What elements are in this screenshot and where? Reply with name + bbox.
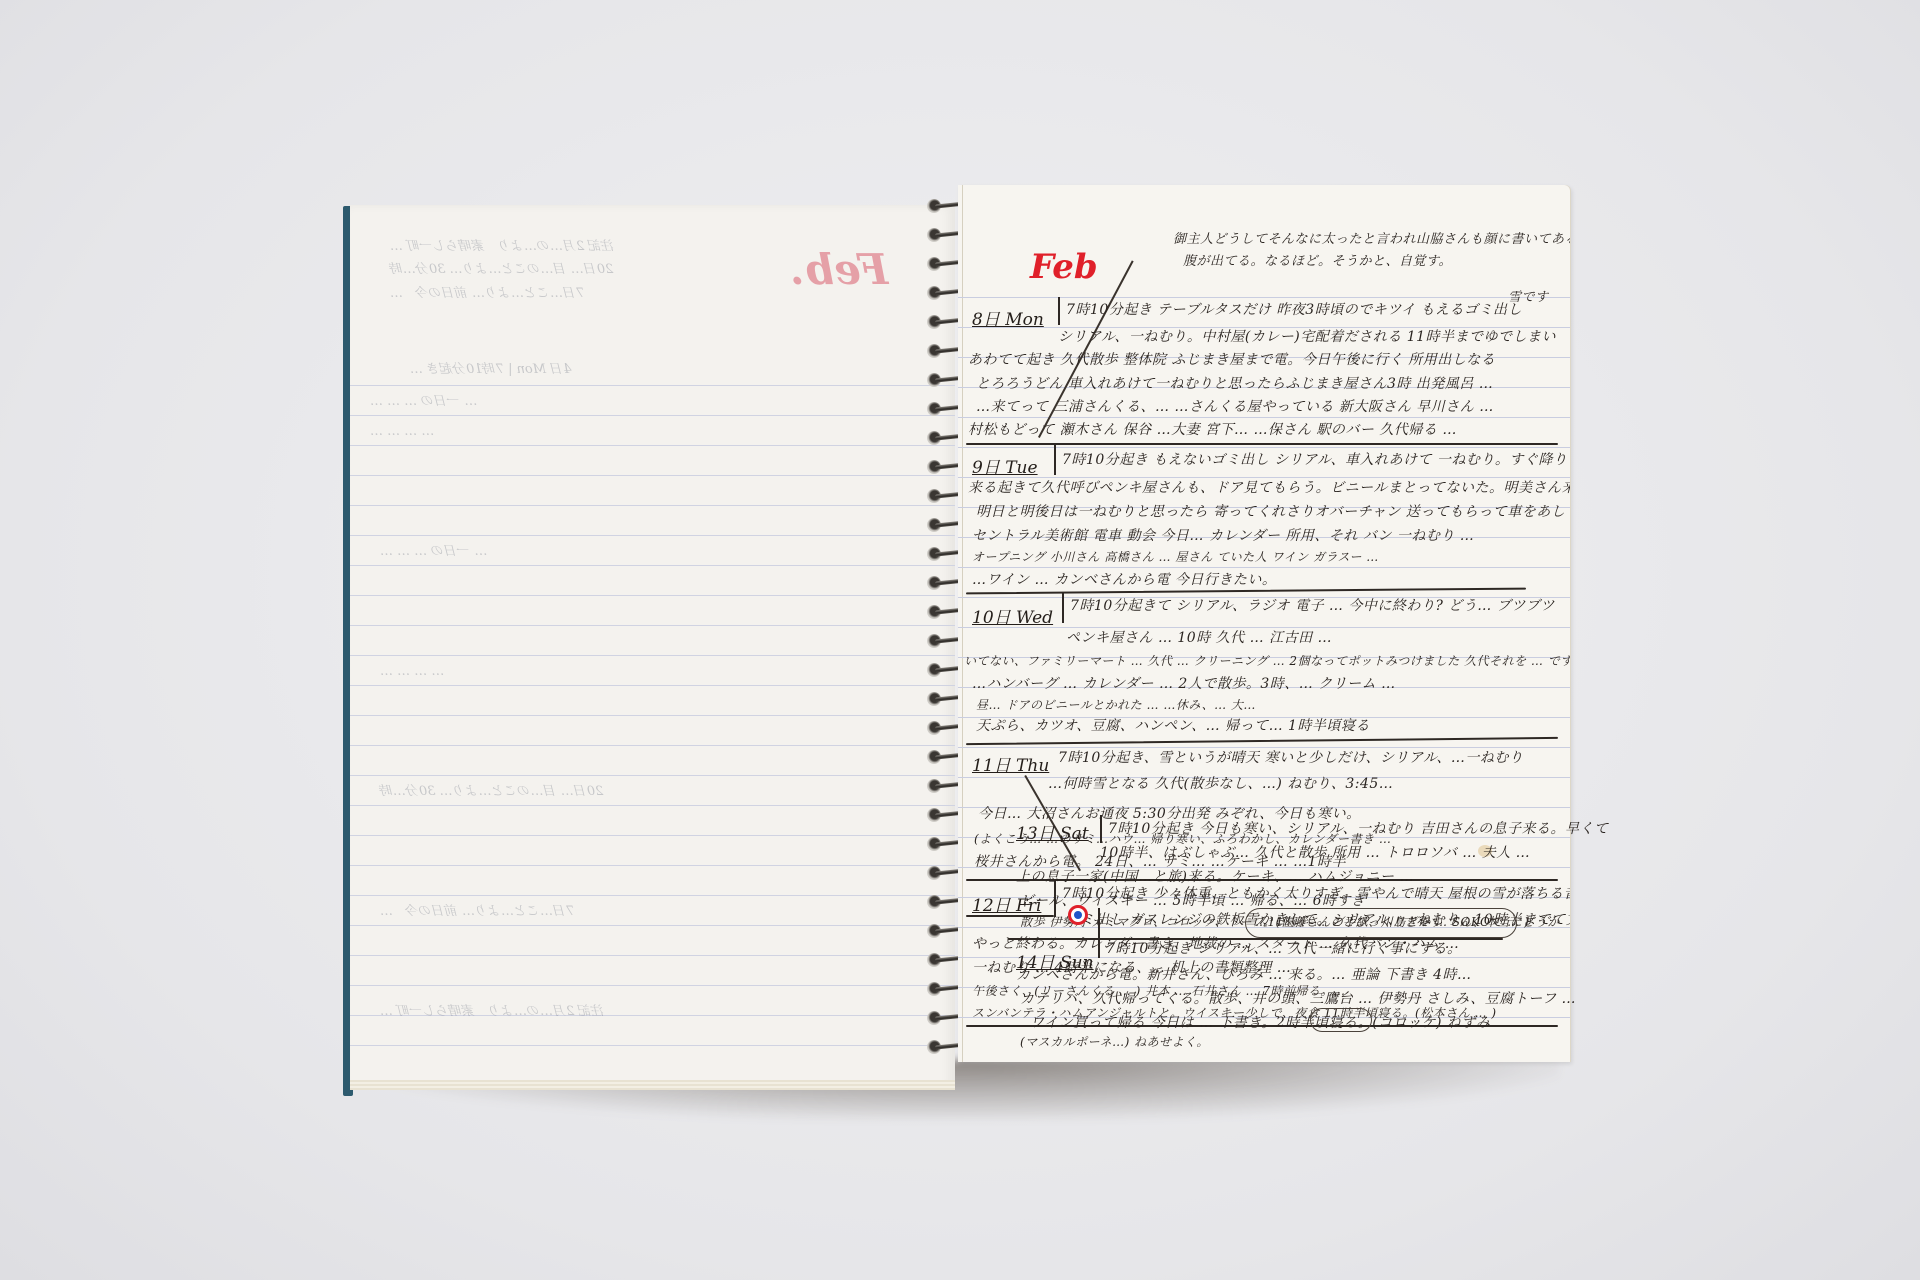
ruled-line bbox=[350, 835, 955, 836]
red-blue-circle-marker bbox=[1068, 905, 1088, 925]
entry-line: シリアル、一ねむり。中村屋(カレー)宅配着だされる 11時半までゆでしまい bbox=[1058, 330, 1556, 344]
ghost-text-line: … 一日の … … … bbox=[380, 545, 488, 558]
left-page: Feb. 注記 2月…の…より 素晴らし一町 … 20日… 目…のこと…より… … bbox=[350, 205, 955, 1090]
ghost-text-line: 注記 2月…の…より 素晴らし一町 … bbox=[380, 1005, 605, 1018]
ruled-line bbox=[958, 297, 1570, 298]
day-separator-tick bbox=[1062, 593, 1064, 623]
entry-line: …何時雪となる 久代(散歩なし、…) ねむり、3:45… bbox=[1048, 777, 1393, 791]
ruled-line bbox=[350, 415, 955, 416]
entry-line: …ハンバーグ … カレンダー … 2人で散歩。3時、… クリーム … bbox=[972, 677, 1396, 691]
ruled-line bbox=[958, 567, 1570, 568]
ruled-line bbox=[350, 775, 955, 776]
entry-line: (マスカルポーネ…) ねあせよく。 bbox=[1020, 1036, 1209, 1048]
ghost-text-line: 7日…こと…より… 前日の今 … bbox=[380, 905, 574, 918]
ruled-line bbox=[350, 805, 955, 806]
entry-line: 7時10分起きて シリアル、ラジオ 電子 … 今中に終わり? どう… ブツブツ bbox=[1070, 599, 1555, 613]
ruled-line bbox=[350, 1045, 955, 1046]
entry-line: 7時10分起き シリアル、… 久代一緒に行く事にする。 bbox=[1106, 942, 1461, 956]
day-divider-line bbox=[966, 588, 1526, 595]
entry-line: 来る起きて久代呼びペンキ屋さんも、ドア見てもらう。ビニールまとってないた。明美さ… bbox=[968, 481, 1570, 495]
ruled-line bbox=[350, 715, 955, 716]
day-divider-line bbox=[966, 737, 1558, 745]
day-separator-tick bbox=[1100, 815, 1102, 843]
day-separator-tick bbox=[1058, 297, 1060, 325]
ruled-line bbox=[350, 475, 955, 476]
entry-line: オープニング 小川さん 高橋さん … 屋さん ていた人 ワイン ガラスー … bbox=[972, 551, 1379, 563]
day-label-9-tue: 9日 Tue bbox=[972, 453, 1038, 478]
ruled-line bbox=[350, 565, 955, 566]
day-label-10-wed: 10日 Wed bbox=[972, 603, 1053, 628]
ruled-line bbox=[350, 655, 955, 656]
entry-line: 7時10分起き、雪というが晴天 寒いと少しだけ、シリアル、…一ねむり bbox=[1058, 751, 1523, 765]
ruled-line bbox=[350, 955, 955, 956]
ruled-line bbox=[350, 685, 955, 686]
entry-line: 上の息子一家(中国…と旅)来る。ケーキ、… ハムジョニー … bbox=[1016, 870, 1414, 884]
entry-line: 7時10分起き もえないゴミ出し シリアル、車入れあけて 一ねむり。すぐ降りてく bbox=[1062, 453, 1570, 467]
ruled-line bbox=[350, 535, 955, 536]
page-stack-edge bbox=[350, 1080, 955, 1090]
ruled-line bbox=[350, 865, 955, 866]
entry-line: セントラル美術館 電車 動会 今日… カレンダー 所用、それ バン 一ねむり … bbox=[972, 529, 1474, 543]
entry-line: 村松もどって 瀬木さん 保谷 …大妻 宮下… …保さん 駅のバー 久代帰る … bbox=[968, 423, 1457, 437]
ruled-line bbox=[350, 985, 955, 986]
entry-line: とろろうどん 車入れあけて一ねむりと思ったらふじまき屋さん3時 出発風呂 … bbox=[976, 377, 1493, 391]
day-label-11-thu: 11日 Thu bbox=[972, 751, 1049, 776]
page-fold-edge bbox=[962, 185, 963, 1062]
day-divider-line bbox=[1008, 938, 1503, 940]
ruled-line bbox=[350, 595, 955, 596]
entry-line: 7時10分起き 今日も寒い、シリアル、一ねむり 吉田さんの息子来る。早くて bbox=[1108, 822, 1608, 836]
entry-line: カンベさんから電。新井さん、ひろみ … 来る。… 亜論 下書き 4時… bbox=[1016, 968, 1472, 982]
note-bubble bbox=[1310, 1008, 1372, 1032]
ruled-line bbox=[958, 477, 1570, 478]
day-label-13-sat: 13日 Sat bbox=[1016, 819, 1089, 844]
top-note-line: 御主人どうしてそんなに太ったと言われ山脇さんも顔に書いてある bbox=[1173, 233, 1570, 246]
ghost-text-line: … … … … bbox=[380, 665, 444, 678]
ruled-line bbox=[350, 625, 955, 626]
ghost-month-heading: Feb. bbox=[790, 245, 888, 294]
ruled-line bbox=[958, 447, 1570, 448]
entry-line: カテリバ、久代帰ってくる。散歩、井の頭、三鷹台 … 伊勢丹 さしみ、豆腐トーフ … bbox=[1020, 992, 1576, 1006]
month-heading: Feb bbox=[1030, 247, 1098, 287]
entry-line: あわてて起き 久代散歩 整体院 ふじまき屋まで電。今日午後に行く 所用出しなる bbox=[968, 353, 1495, 367]
ghost-text-line: 20日… 目…のこと…より… 30分…時 bbox=[380, 785, 603, 798]
ruled-line bbox=[958, 747, 1570, 748]
ruled-line bbox=[350, 745, 955, 746]
ghost-text-line: 4日 Mon | 7時10分起き … bbox=[410, 363, 572, 376]
top-note-line: 腹が出てる。なるほど。そうかと、自覚す。 bbox=[1183, 255, 1452, 268]
entry-line: いてない、ファミリーマート … 久代 … クリーニング … 2個なってポットみつ… bbox=[964, 655, 1570, 667]
entry-line: ワイン買って帰る 今日は … 下書き。2時半頃寝る。(コロッケ) ねずみ bbox=[1030, 1016, 1490, 1030]
bubble-note: …11時半 … ことびっくりぎです てん、本当にどうか bbox=[1255, 916, 1560, 928]
ruled-line bbox=[350, 895, 955, 896]
ruled-line bbox=[350, 925, 955, 926]
entry-line: 天ぷら、カツオ、豆腐、ハンペン、… 帰って… 1時半頃寝る bbox=[976, 719, 1370, 733]
day-separator-tick bbox=[1054, 445, 1056, 475]
entry-line: 昼… ドアのビニールとかれた … …休み、… 大… bbox=[976, 699, 1256, 711]
day-separator-tick bbox=[1098, 908, 1100, 958]
entry-line: …ワイン … カンベさんから電 今日行きたい。 bbox=[972, 573, 1276, 587]
ghost-text-line: … 一日の … … … bbox=[370, 395, 478, 408]
entry-line: 7時10分起き テーブルタスだけ 昨夜3時頃のでキツイ もえるゴミ出し bbox=[1066, 303, 1522, 317]
ruled-line bbox=[350, 385, 955, 386]
ruled-line bbox=[350, 445, 955, 446]
ruled-line bbox=[350, 505, 955, 506]
ghost-text-line: 注記 2月…の…より 素晴らし一町 … bbox=[390, 240, 615, 253]
entry-line: …来てって 三浦さんくる、… …さんくる屋やっている 新大阪さん 早川さん … bbox=[976, 400, 1494, 414]
ghost-text-line: … … … … bbox=[370, 425, 434, 438]
entry-line: ペンキ屋さん … 10時 久代 … 江古田 … bbox=[1066, 631, 1332, 645]
entry-line: 10時半、はぶしゃぶ… 久代と散歩 所用 … トロロソバ … 夫人 … bbox=[1100, 846, 1530, 860]
entry-line: 明日と明後日は一ねむりと思ったら 寄ってくれさりオバーチャン 送ってもらって車を… bbox=[976, 505, 1570, 519]
ghost-text-line: 7日…こと…より… 前日の今 … bbox=[390, 287, 584, 300]
day-label-8-mon: 8日 Mon bbox=[972, 305, 1044, 330]
ruled-line bbox=[958, 327, 1570, 328]
ghost-text-line: 20日… 目…のこと…より… 30分…時 bbox=[390, 263, 613, 276]
